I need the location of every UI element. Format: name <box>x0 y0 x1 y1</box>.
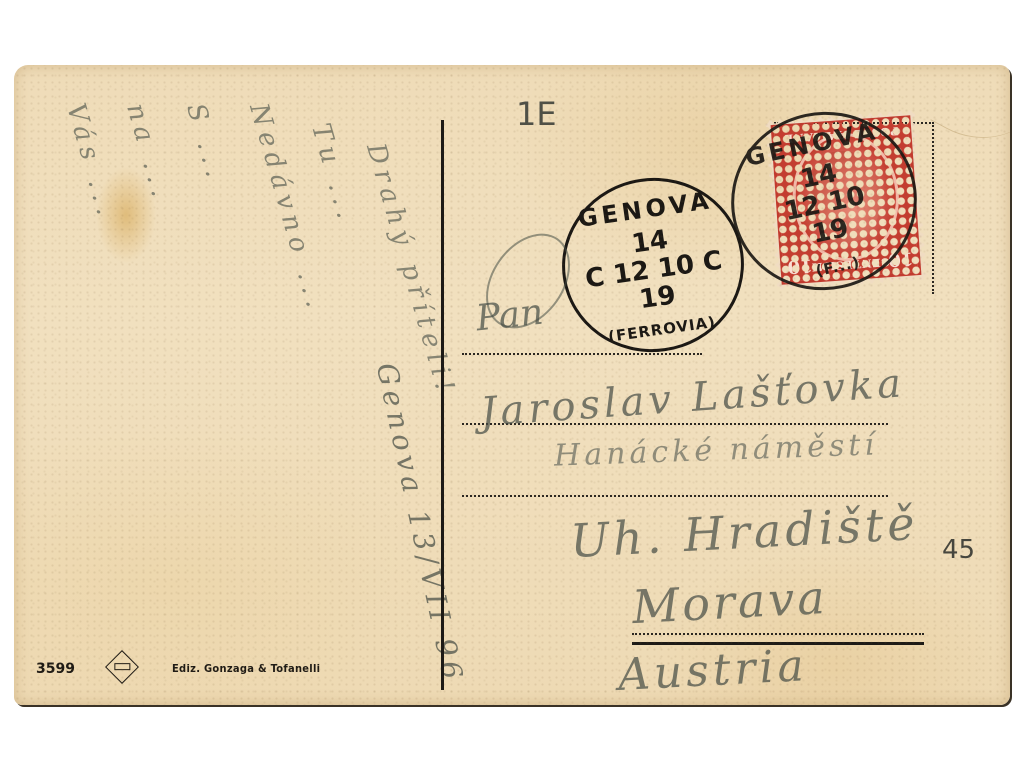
pencil-note: 1E <box>516 95 557 133</box>
paper-crease <box>930 65 1010 162</box>
address-salutation: Pan <box>474 292 545 340</box>
postcard: Drahý příteli! Tu ... Nedávno ... S ... … <box>14 65 1010 705</box>
scan-background: Drahý příteli! Tu ... Nedávno ... S ... … <box>0 0 1024 768</box>
message-line: Tu ... <box>305 120 362 227</box>
address-country: Austria <box>617 640 809 701</box>
message-line: Drahý příteli! <box>360 140 461 401</box>
address-region: Morava <box>631 570 829 634</box>
message-area: Drahý příteli! Tu ... Nedávno ... S ... … <box>44 100 424 690</box>
postmark-genova-ferrovia: GENOVA 14 C 12 10 C 19 (FERROVIA) <box>551 166 755 364</box>
publisher-imprint: Ediz. Gonzaga & Tofanelli <box>172 662 320 675</box>
address-street: Hanácké náměstí <box>553 427 878 473</box>
address-line-4 <box>632 633 924 635</box>
center-divider-line <box>441 120 444 690</box>
message-line: Vás ... <box>60 100 122 224</box>
address-line-3 <box>462 495 888 497</box>
message-line: na ... <box>120 100 177 206</box>
message-line: S ... <box>180 100 231 186</box>
address-line-1 <box>462 353 702 355</box>
address-city: Uh. Hradiště <box>569 496 920 568</box>
margin-note: 45 <box>942 535 975 565</box>
catalog-number: 3599 <box>36 661 75 677</box>
